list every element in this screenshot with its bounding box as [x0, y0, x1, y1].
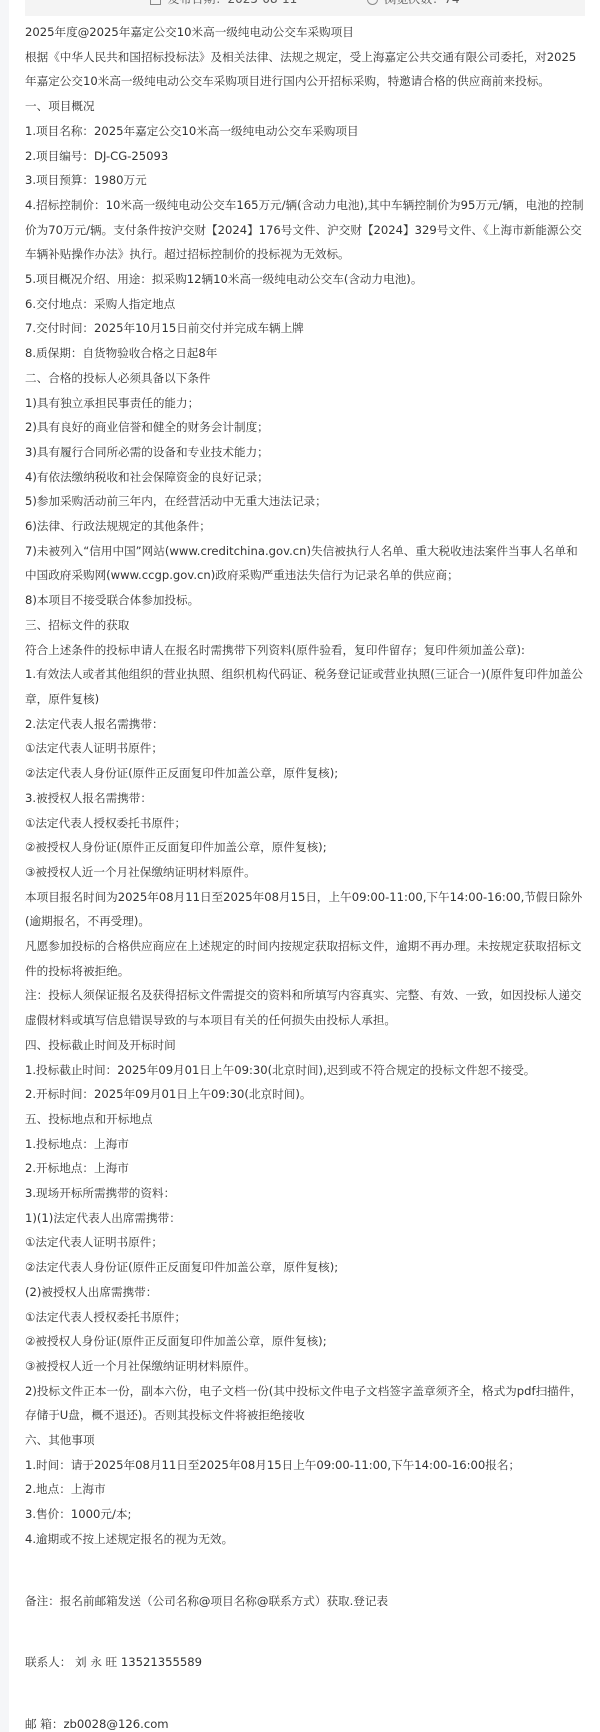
list-item: 5.项目概况介绍、用途：拟采购12辆10米高一级纯电动公交车(含动力电池)。: [25, 267, 585, 292]
section-heading: 六、其他事项: [25, 1428, 585, 1453]
list-item: 8)本项目不接受联合体参加投标。: [25, 588, 585, 613]
list-item: 2)具有良好的商业信誉和健全的财务会计制度；: [25, 415, 585, 440]
list-item: ②法定代表人身份证(原件正反面复印件加盖公章，原件复核);: [25, 761, 585, 786]
list-item: 注：投标人须保证报名及获得招标文件需提交的资料和所填写内容真实、完整、有效、一致…: [25, 983, 585, 1032]
list-item: 2)投标文件正本一份，副本六份，电子文档一份(其中投标文件电子文档签字盖章须齐全…: [25, 1379, 585, 1428]
list-item: 2.法定代表人报名需携带：: [25, 712, 585, 737]
view-count-label: 浏览次数：74: [384, 0, 459, 6]
view-count: 浏览次数：74: [367, 0, 459, 6]
list-item: 3)具有履行合同所必需的设备和专业技术能力；: [25, 440, 585, 465]
list-item: 8.质保期：自货物验收合格之日起8年: [25, 341, 585, 366]
list-item: 4)有依法缴纳税收和社会保障资金的良好记录；: [25, 465, 585, 490]
list-item: 4.逾期或不按上述规定报名的视为无效。: [25, 1527, 585, 1552]
list-item: ②被授权人身份证(原件正反面复印件加盖公章，原件复核);: [25, 835, 585, 860]
list-item: 7.交付时间：2025年10月15日前交付并完成车辆上牌: [25, 316, 585, 341]
list-item: 2.地点：上海市: [25, 1477, 585, 1502]
list-item: 1.有效法人或者其他组织的营业执照、组织机构代码证、税务登记证或营业执照(三证合…: [25, 662, 585, 711]
list-item: 1.投标截止时间：2025年09月01日上午09:30(北京时间),迟到或不符合…: [25, 1058, 585, 1083]
section-heading: 二、合格的投标人必须具备以下条件: [25, 366, 585, 391]
list-item: 3.现场开标所需携带的资料：: [25, 1181, 585, 1206]
list-item: ①法定代表人证明书原件；: [25, 736, 585, 761]
eye-icon: [367, 0, 378, 5]
spacer: [25, 1613, 585, 1650]
list-item: 5)参加采购活动前三年内，在经营活动中无重大违法记录；: [25, 489, 585, 514]
meta-bar: 发布日期：2025-08-11 浏览次数：74: [25, 0, 585, 16]
list-item: ①法定代表人证明书原件；: [25, 1230, 585, 1255]
list-item: 本项目报名时间为2025年08月11日至2025年08月15日，上午09:00-…: [25, 885, 585, 934]
list-item: 3.售价：1000元/本;: [25, 1502, 585, 1527]
list-item: 3.被授权人报名需携带：: [25, 786, 585, 811]
list-item: ②法定代表人身份证(原件正反面复印件加盖公章，原件复核);: [25, 1255, 585, 1280]
list-item: 符合上述条件的投标申请人在报名时需携带下列资料(原件验看，复印件留存；复印件须加…: [25, 638, 585, 663]
section-heading: 三、招标文件的获取: [25, 613, 585, 638]
list-item: 6)法律、行政法规规定的其他条件；: [25, 514, 585, 539]
section-heading: 一、项目概况: [25, 94, 585, 119]
list-item: 1.项目名称：2025年嘉定公交10米高一级纯电动公交车采购项目: [25, 119, 585, 144]
list-item: ②被授权人身份证(原件正反面复印件加盖公章，原件复核);: [25, 1329, 585, 1354]
list-item: ①法定代表人授权委托书原件；: [25, 1305, 585, 1330]
section-heading: 五、投标地点和开标地点: [25, 1107, 585, 1132]
list-item: (2)被授权人出席需携带：: [25, 1280, 585, 1305]
left-gutter: [0, 0, 9, 1732]
list-item: 凡愿参加投标的合格供应商应在上述规定的时间内按规定获取招标文件，逾期不再办理。未…: [25, 934, 585, 983]
list-item: ③被授权人近一个月社保缴纳证明材料原件。: [25, 1354, 585, 1379]
calendar-icon: [150, 0, 161, 5]
publish-date-label: 发布日期：2025-08-11: [167, 0, 297, 6]
list-item: 1)(1)法定代表人出席需携带：: [25, 1206, 585, 1231]
list-item: 2.项目编号：DJ-CG-25093: [25, 144, 585, 169]
footer-email: 邮 箱：zb0028@126.com: [25, 1712, 585, 1732]
list-item: ③被授权人近一个月社保缴纳证明材料原件。: [25, 860, 585, 885]
publish-date: 发布日期：2025-08-11: [150, 0, 297, 6]
list-item: 1.投标地点：上海市: [25, 1132, 585, 1157]
footer-contact: 联系人： 刘 永 旺 13521355589: [25, 1650, 585, 1675]
list-item: ①法定代表人授权委托书原件；: [25, 811, 585, 836]
announcement-body: 2025年度@2025年嘉定公交10米高一级纯电动公交车采购项目 根据《中华人民…: [25, 20, 585, 1732]
list-item: 1)具有独立承担民事责任的能力；: [25, 391, 585, 416]
list-item: 7)未被列入“信用中国”网站(www.creditchina.gov.cn)失信…: [25, 539, 585, 588]
list-item: 4.招标控制价：10米高一级纯电动公交车165万元/辆(含动力电池),其中车辆控…: [25, 193, 585, 267]
document-title: 2025年度@2025年嘉定公交10米高一级纯电动公交车采购项目: [25, 20, 585, 45]
spacer: [25, 1552, 585, 1589]
list-item: 2.开标时间：2025年09月01日上午09:30(北京时间)。: [25, 1082, 585, 1107]
list-item: 3.项目预算：1980万元: [25, 168, 585, 193]
footer-note: 备注：报名前邮箱发送（公司名称@项目名称@联系方式）获取.登记表: [25, 1589, 585, 1614]
announcement-page: 发布日期：2025-08-11 浏览次数：74 2025年度@2025年嘉定公交…: [9, 0, 600, 1732]
spacer: [25, 1675, 585, 1712]
list-item: 6.交付地点：采购人指定地点: [25, 292, 585, 317]
section-heading: 四、投标截止时间及开标时间: [25, 1033, 585, 1058]
list-item: 2.开标地点：上海市: [25, 1156, 585, 1181]
list-item: 1.时间：请于2025年08月11日至2025年08月15日上午09:00-11…: [25, 1453, 585, 1478]
intro-paragraph: 根据《中华人民共和国招标投标法》及相关法律、法规之规定，受上海嘉定公共交通有限公…: [25, 45, 585, 94]
